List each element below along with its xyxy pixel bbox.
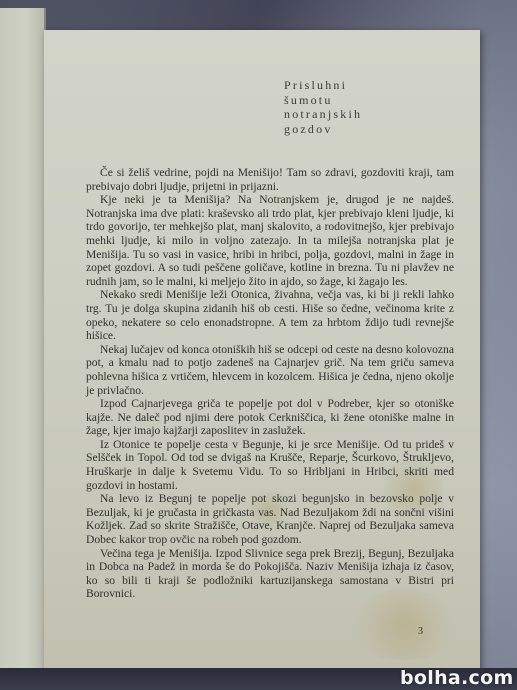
paragraph: Iz Otonice te popelje cesta v Begunje, k… (86, 438, 454, 492)
chapter-title-line: Prisluhni (284, 78, 464, 93)
paragraph: Če si želiš vedrine, pojdi na Menišijo! … (86, 166, 454, 193)
paragraph: Kje neki je ta Menišija? Na Notranjskem … (86, 193, 454, 288)
left-page-edge (0, 8, 46, 668)
chapter-title-line: notranjskih (284, 107, 464, 122)
page-number: 3 (418, 626, 423, 637)
watermark-logo: bolha.com (400, 667, 514, 689)
chapter-title-line: šumotu (284, 93, 464, 108)
paragraph: Nekako sredi Menišije leži Otonica, živa… (86, 288, 454, 342)
chapter-title: Prisluhni šumotu notranjskih gozdov (284, 78, 464, 136)
paragraph: Izpod Cajnarjevega griča te popelje pot … (86, 397, 454, 438)
paragraph: Nekaj lučajev od konca otoniških hiš se … (86, 343, 454, 397)
body-text: Če si želiš vedrine, pojdi na Menišijo! … (86, 166, 454, 601)
paragraph: Na levo iz Begunj te popelje pot skozi b… (86, 492, 454, 546)
paragraph: Večina tega je Menišija. Izpod Slivnice … (86, 547, 454, 601)
chapter-title-line: gozdov (284, 122, 464, 137)
